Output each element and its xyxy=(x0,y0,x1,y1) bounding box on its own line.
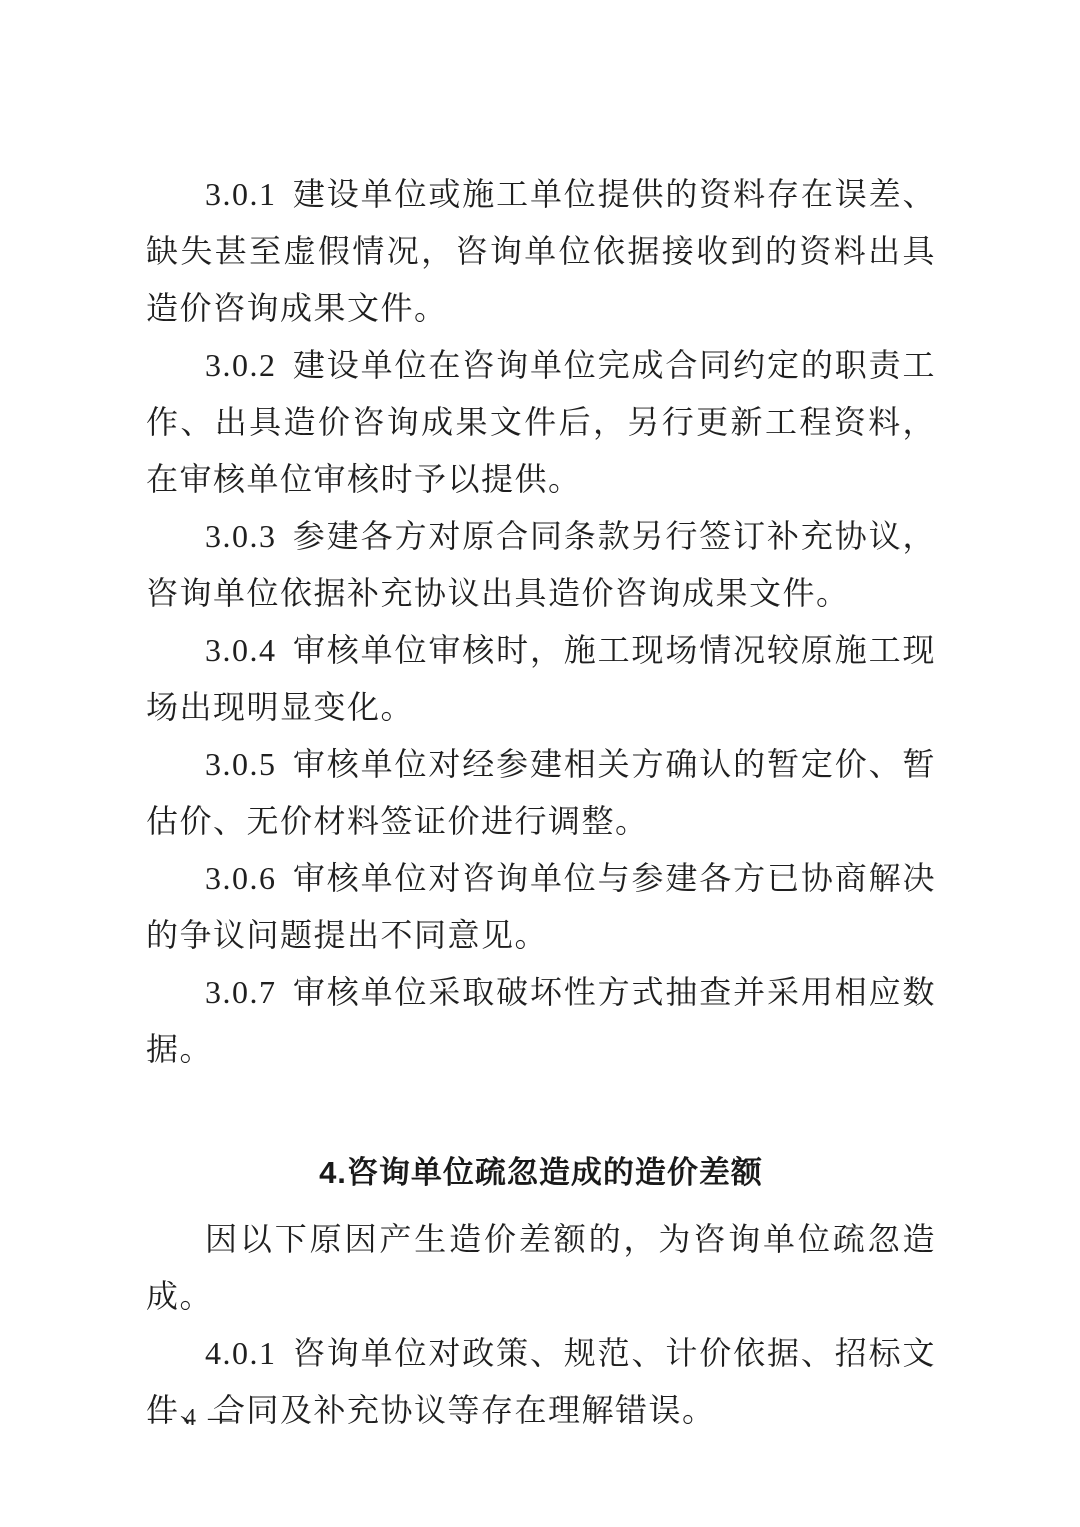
clause-number: 4.0.1 xyxy=(205,1335,277,1371)
clause-number: 3.0.4 xyxy=(205,632,277,668)
clause-3-0-4: 3.0.4审核单位审核时，施工现场情况较原施工现场出现明显变化。 xyxy=(146,622,936,736)
document-body: 3.0.1建设单位或施工单位提供的资料存在误差、缺失甚至虚假情况，咨询单位依据接… xyxy=(146,166,936,1439)
clause-number: 3.0.3 xyxy=(205,518,277,554)
clause-3-0-5: 3.0.5审核单位对经参建相关方确认的暂定价、暂估价、无价材料签证价进行调整。 xyxy=(146,736,936,850)
document-page: 3.0.1建设单位或施工单位提供的资料存在误差、缺失甚至虚假情况，咨询单位依据接… xyxy=(0,0,1080,1527)
clause-4-0-1: 4.0.1咨询单位对政策、规范、计价依据、招标文件、合同及补充协议等存在理解错误… xyxy=(146,1325,936,1439)
page-number: — 4 — xyxy=(148,1402,235,1434)
clause-3-0-3: 3.0.3参建各方对原合同条款另行签订补充协议，咨询单位依据补充协议出具造价咨询… xyxy=(146,508,936,622)
clause-3-0-1: 3.0.1建设单位或施工单位提供的资料存在误差、缺失甚至虚假情况，咨询单位依据接… xyxy=(146,166,936,337)
clause-3-0-7: 3.0.7审核单位采取破坏性方式抽查并采用相应数据。 xyxy=(146,964,936,1078)
clause-number: 3.0.2 xyxy=(205,347,277,383)
section-heading: 4.咨询单位疏忽造成的造价差额 xyxy=(146,1144,936,1201)
clause-number: 3.0.6 xyxy=(205,860,277,896)
clause-3-0-2: 3.0.2建设单位在咨询单位完成合同约定的职责工作、出具造价咨询成果文件后，另行… xyxy=(146,337,936,508)
clause-number: 3.0.5 xyxy=(205,746,277,782)
section-intro: 因以下原因产生造价差额的，为咨询单位疏忽造成。 xyxy=(146,1211,936,1325)
clause-number: 3.0.1 xyxy=(205,176,277,212)
clause-number: 3.0.7 xyxy=(205,974,277,1010)
clause-3-0-6: 3.0.6审核单位对咨询单位与参建各方已协商解决的争议问题提出不同意见。 xyxy=(146,850,936,964)
